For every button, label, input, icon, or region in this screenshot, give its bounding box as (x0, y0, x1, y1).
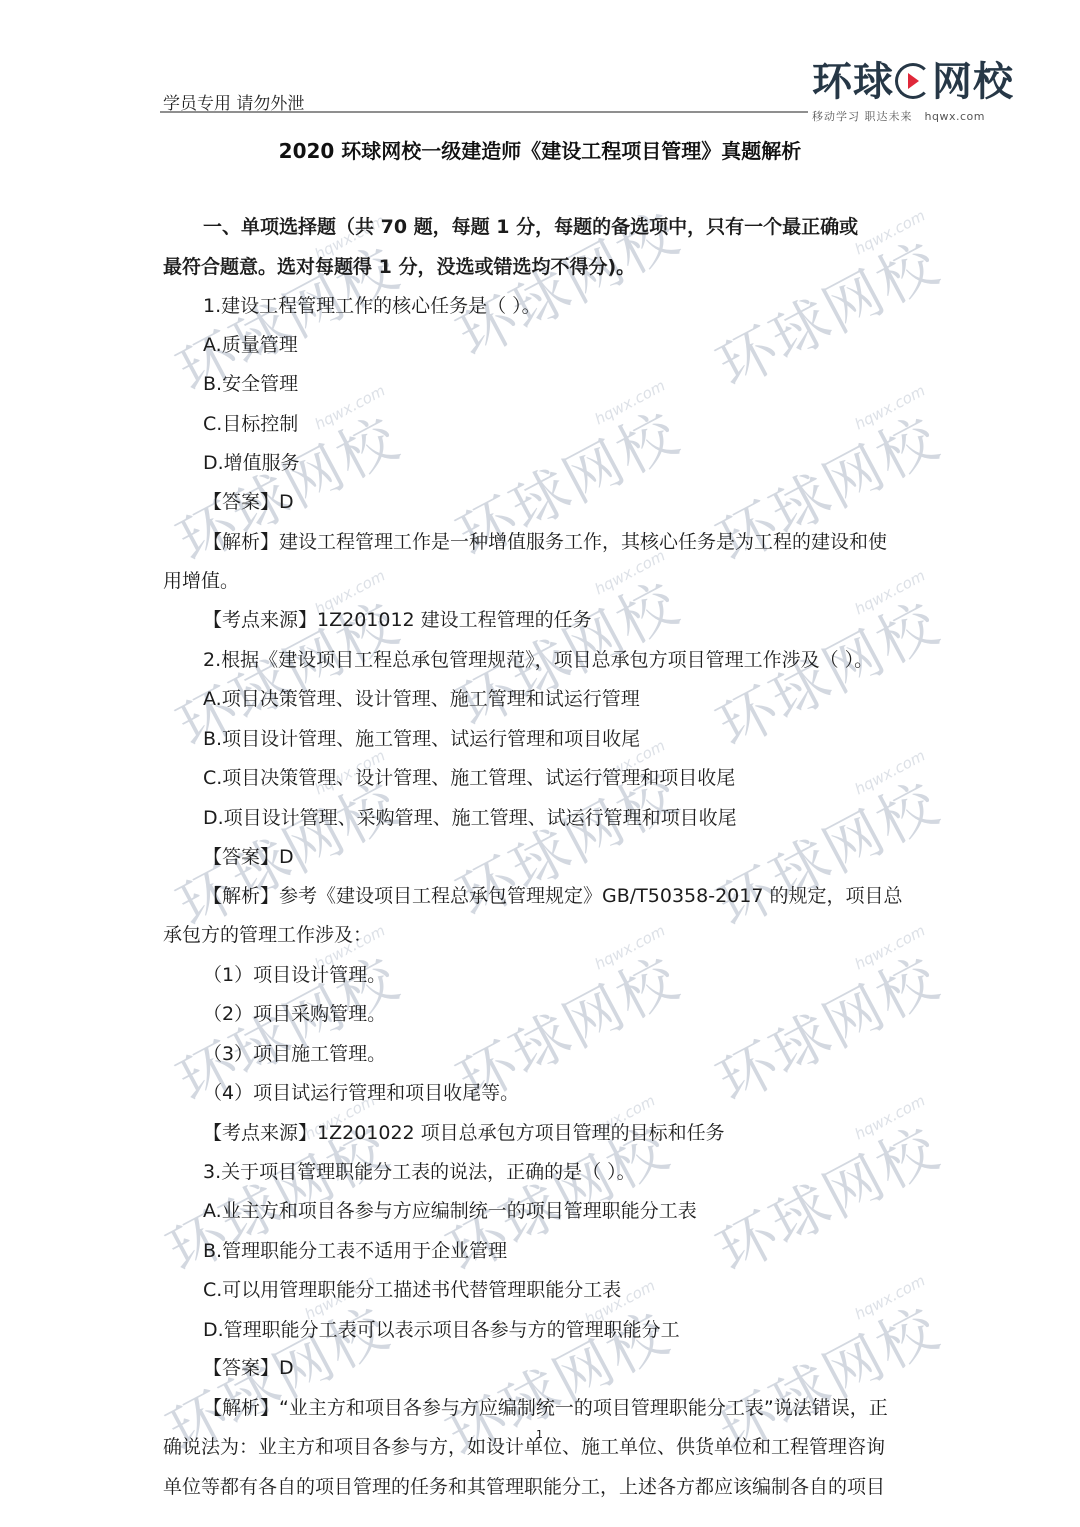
logo-wordmark: 环球网校 (812, 58, 1014, 106)
question-analysis: 【解析】参考《建设项目工程总承包管理规定》GB/T50358-2017 的规定，… (203, 883, 902, 909)
question-answer: 【答案】D (203, 844, 294, 870)
page-number: 1 (536, 1428, 543, 1441)
watermark-url: hqwx.com (312, 381, 388, 433)
header-divider (160, 111, 808, 113)
watermark-brand: 环球网校 (706, 944, 950, 1117)
watermark: 环球网校 hqwx.com (700, 757, 951, 944)
brand-logo: 环球网校 移动学习 职达未来hqwx.com (812, 58, 1014, 124)
analysis-item: （1）项目设计管理。 (203, 962, 386, 988)
watermark-url: hqwx.com (592, 921, 668, 973)
logo-text-part2: 网校 (932, 59, 1014, 105)
watermark-url: hqwx.com (852, 1091, 928, 1143)
question-option: B.项目设计管理、施工管理、试运行管理和项目收尾 (203, 726, 640, 752)
logo-tagline: 移动学习 职达未来 (812, 110, 913, 123)
logo-url: hqwx.com (925, 110, 985, 123)
document-page: 环球网校 hqwx.com 环球网校 环球网校 hqwx.com 环球网校 hq… (0, 0, 1080, 1527)
analysis-item: （4）项目试运行管理和项目收尾等。 (203, 1080, 519, 1106)
question-option: B.管理职能分工表不适用于企业管理 (203, 1238, 507, 1264)
watermark: 环球网校 hqwx.com (700, 932, 951, 1119)
question-source: 【考点来源】1Z201022 项目总承包方项目管理的目标和任务 (203, 1120, 725, 1146)
question-option: B.安全管理 (203, 371, 298, 397)
watermark-url: hqwx.com (852, 381, 928, 433)
question-stem: 1.建设工程管理工作的核心任务是（ ）。 (203, 293, 541, 319)
logo-tagline-row: 移动学习 职达未来hqwx.com (812, 108, 1014, 124)
analysis-item: （2）项目采购管理。 (203, 1001, 386, 1027)
question-analysis: 单位等都有各自的项目管理的任务和其管理职能分工，上述各方都应该编制各自的项目 (163, 1474, 885, 1500)
watermark-url: hqwx.com (852, 566, 928, 618)
question-option: C.目标控制 (203, 411, 298, 437)
question-option: A.质量管理 (203, 332, 298, 358)
watermark-url: hqwx.com (592, 376, 668, 428)
question-answer: 【答案】D (203, 489, 294, 515)
watermark-brand: 环球网校 (706, 769, 950, 942)
question-option: C.可以用管理职能分工描述书代替管理职能分工表 (203, 1277, 621, 1303)
watermark-brand: 环球网校 (706, 229, 950, 402)
question-option: D.增值服务 (203, 450, 300, 476)
document-title: 2020 环球网校一级建造师《建设工程项目管理》真题解析 (0, 135, 1080, 164)
analysis-item: （3）项目施工管理。 (203, 1041, 386, 1067)
watermark-url: hqwx.com (852, 746, 928, 798)
question-analysis: 【解析】建设工程管理工作是一种增值服务工作，其核心任务是为工程的建设和使 (203, 529, 887, 555)
watermark-url: hqwx.com (852, 206, 928, 258)
question-option: D.管理职能分工表可以表示项目各参与方的管理职能分工 (203, 1317, 680, 1343)
question-option: A.项目决策管理、设计管理、施工管理和试运行管理 (203, 686, 640, 712)
question-analysis: 承包方的管理工作涉及： (163, 922, 372, 948)
question-stem: 3.关于项目管理职能分工表的说法，正确的是（ ）。 (203, 1159, 636, 1185)
question-analysis: 【解析】“业主方和项目各参与方应编制统一的项目管理职能分工表”说法错误，正 (203, 1395, 888, 1421)
watermark-url: hqwx.com (852, 1271, 928, 1323)
section-heading-line1: 一、单项选择题（共 70 题，每题 1 分，每题的备选项中，只有一个最正确或 (203, 214, 858, 240)
watermark: 环球网校 hqwx.com (700, 217, 951, 404)
question-option: D.项目设计管理、采购管理、施工管理、试运行管理和项目收尾 (203, 805, 737, 831)
watermark-brand: 环球网校 (706, 1114, 950, 1287)
watermark: 环球网校 hqwx.com (700, 1102, 951, 1289)
watermark-brand: 环球网校 (706, 589, 950, 762)
question-option: C.项目决策管理、设计管理、施工管理、试运行管理和项目收尾 (203, 765, 735, 791)
question-analysis: 确说法为：业主方和项目各参与方，如设计单位、施工单位、供货单位和工程管理咨询 (163, 1434, 885, 1460)
section-heading-line2: 最符合题意。选对每题得 1 分，没选或错选均不得分)。 (163, 254, 635, 280)
question-source: 【考点来源】1Z201012 建设工程管理的任务 (203, 607, 592, 633)
logo-text-part1: 环球 (812, 59, 894, 105)
watermark-url: hqwx.com (852, 921, 928, 973)
question-analysis: 用增值。 (163, 568, 239, 594)
play-circle-icon (895, 63, 931, 99)
question-answer: 【答案】D (203, 1355, 294, 1381)
question-option: A.业主方和项目各参与方应编制统一的项目管理职能分工表 (203, 1198, 697, 1224)
question-stem: 2.根据《建设项目工程总承包管理规范》，项目总承包方项目管理工作涉及（ ）。 (203, 647, 873, 673)
